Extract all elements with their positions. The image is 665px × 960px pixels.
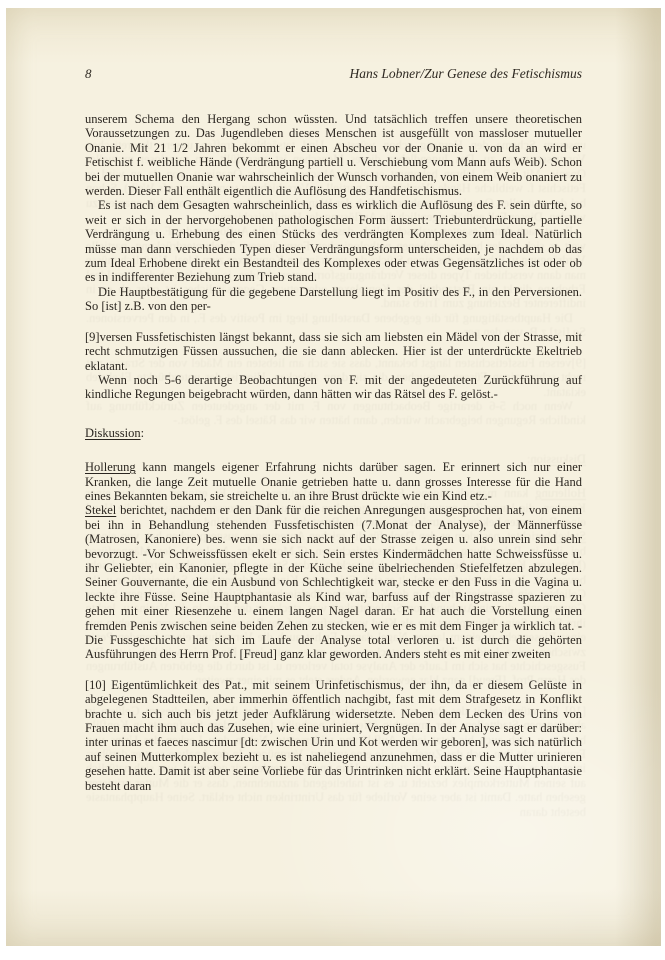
paragraph-text: [10] Eigentümlichkeit des Pat., mit sein… [85,678,582,793]
paragraph-text: Es ist nach dem Gesagten wahrscheinlich,… [85,198,582,284]
paragraph-9-versen-fussfetischisten: [9]versen Fussfetischisten längst bekann… [85,330,582,373]
diskussion-heading-word: Diskussion [85,426,141,440]
running-head-title: Hans Lobner/Zur Genese des Fetischismus [350,66,583,82]
speaker-name-hollerung: Hollerung [85,460,136,474]
paragraph-es-ist-nach-dem-gesagten: Es ist nach dem Gesagten wahrscheinlich,… [85,198,582,284]
paragraph-10-eigentuemlichkeit: [10] Eigentümlichkeit des Pat., mit sein… [85,678,582,793]
paragraph-text: Wenn noch 5-6 derartige Beobachtungen vo… [85,373,582,401]
paragraph-hollerung: Hollerung kann mangels eigener Erfahrung… [85,460,582,503]
paragraph-hauptbestaetigung: Die Hauptbestätigung für die gegebene Da… [85,285,582,314]
diskussion-heading: Diskussion: [85,426,582,440]
paragraph-continuation-unserem-schema: unserem Schema den Hergang schon wüssten… [85,112,582,198]
paragraph-text: Die Hauptbestätigung für die gegebene Da… [85,285,582,313]
paragraph-text: kann mangels eigener Erfahrung nichts da… [85,460,582,503]
page-header: 8 Hans Lobner/Zur Genese des Fetischismu… [85,66,582,82]
paragraph-stekel: Stekel berichtet, nachdem er den Dank fü… [85,503,582,661]
paragraph-text: berichtet, nachdem er den Dank für die r… [85,503,582,661]
diskussion-heading-colon: : [141,426,144,440]
page-number: 8 [85,66,92,82]
paragraph-wenn-noch-beobachtungen: Wenn noch 5-6 derartige Beobachtungen vo… [85,373,582,402]
paragraph-text: [9]versen Fussfetischisten längst bekann… [85,330,582,373]
scanned-page: unserem Schema den Hergang schon wüssten… [6,8,661,946]
speaker-name-stekel: Stekel [85,503,116,517]
body-text: unserem Schema den Hergang schon wüssten… [85,112,582,793]
paragraph-text: unserem Schema den Hergang schon wüssten… [85,112,582,198]
